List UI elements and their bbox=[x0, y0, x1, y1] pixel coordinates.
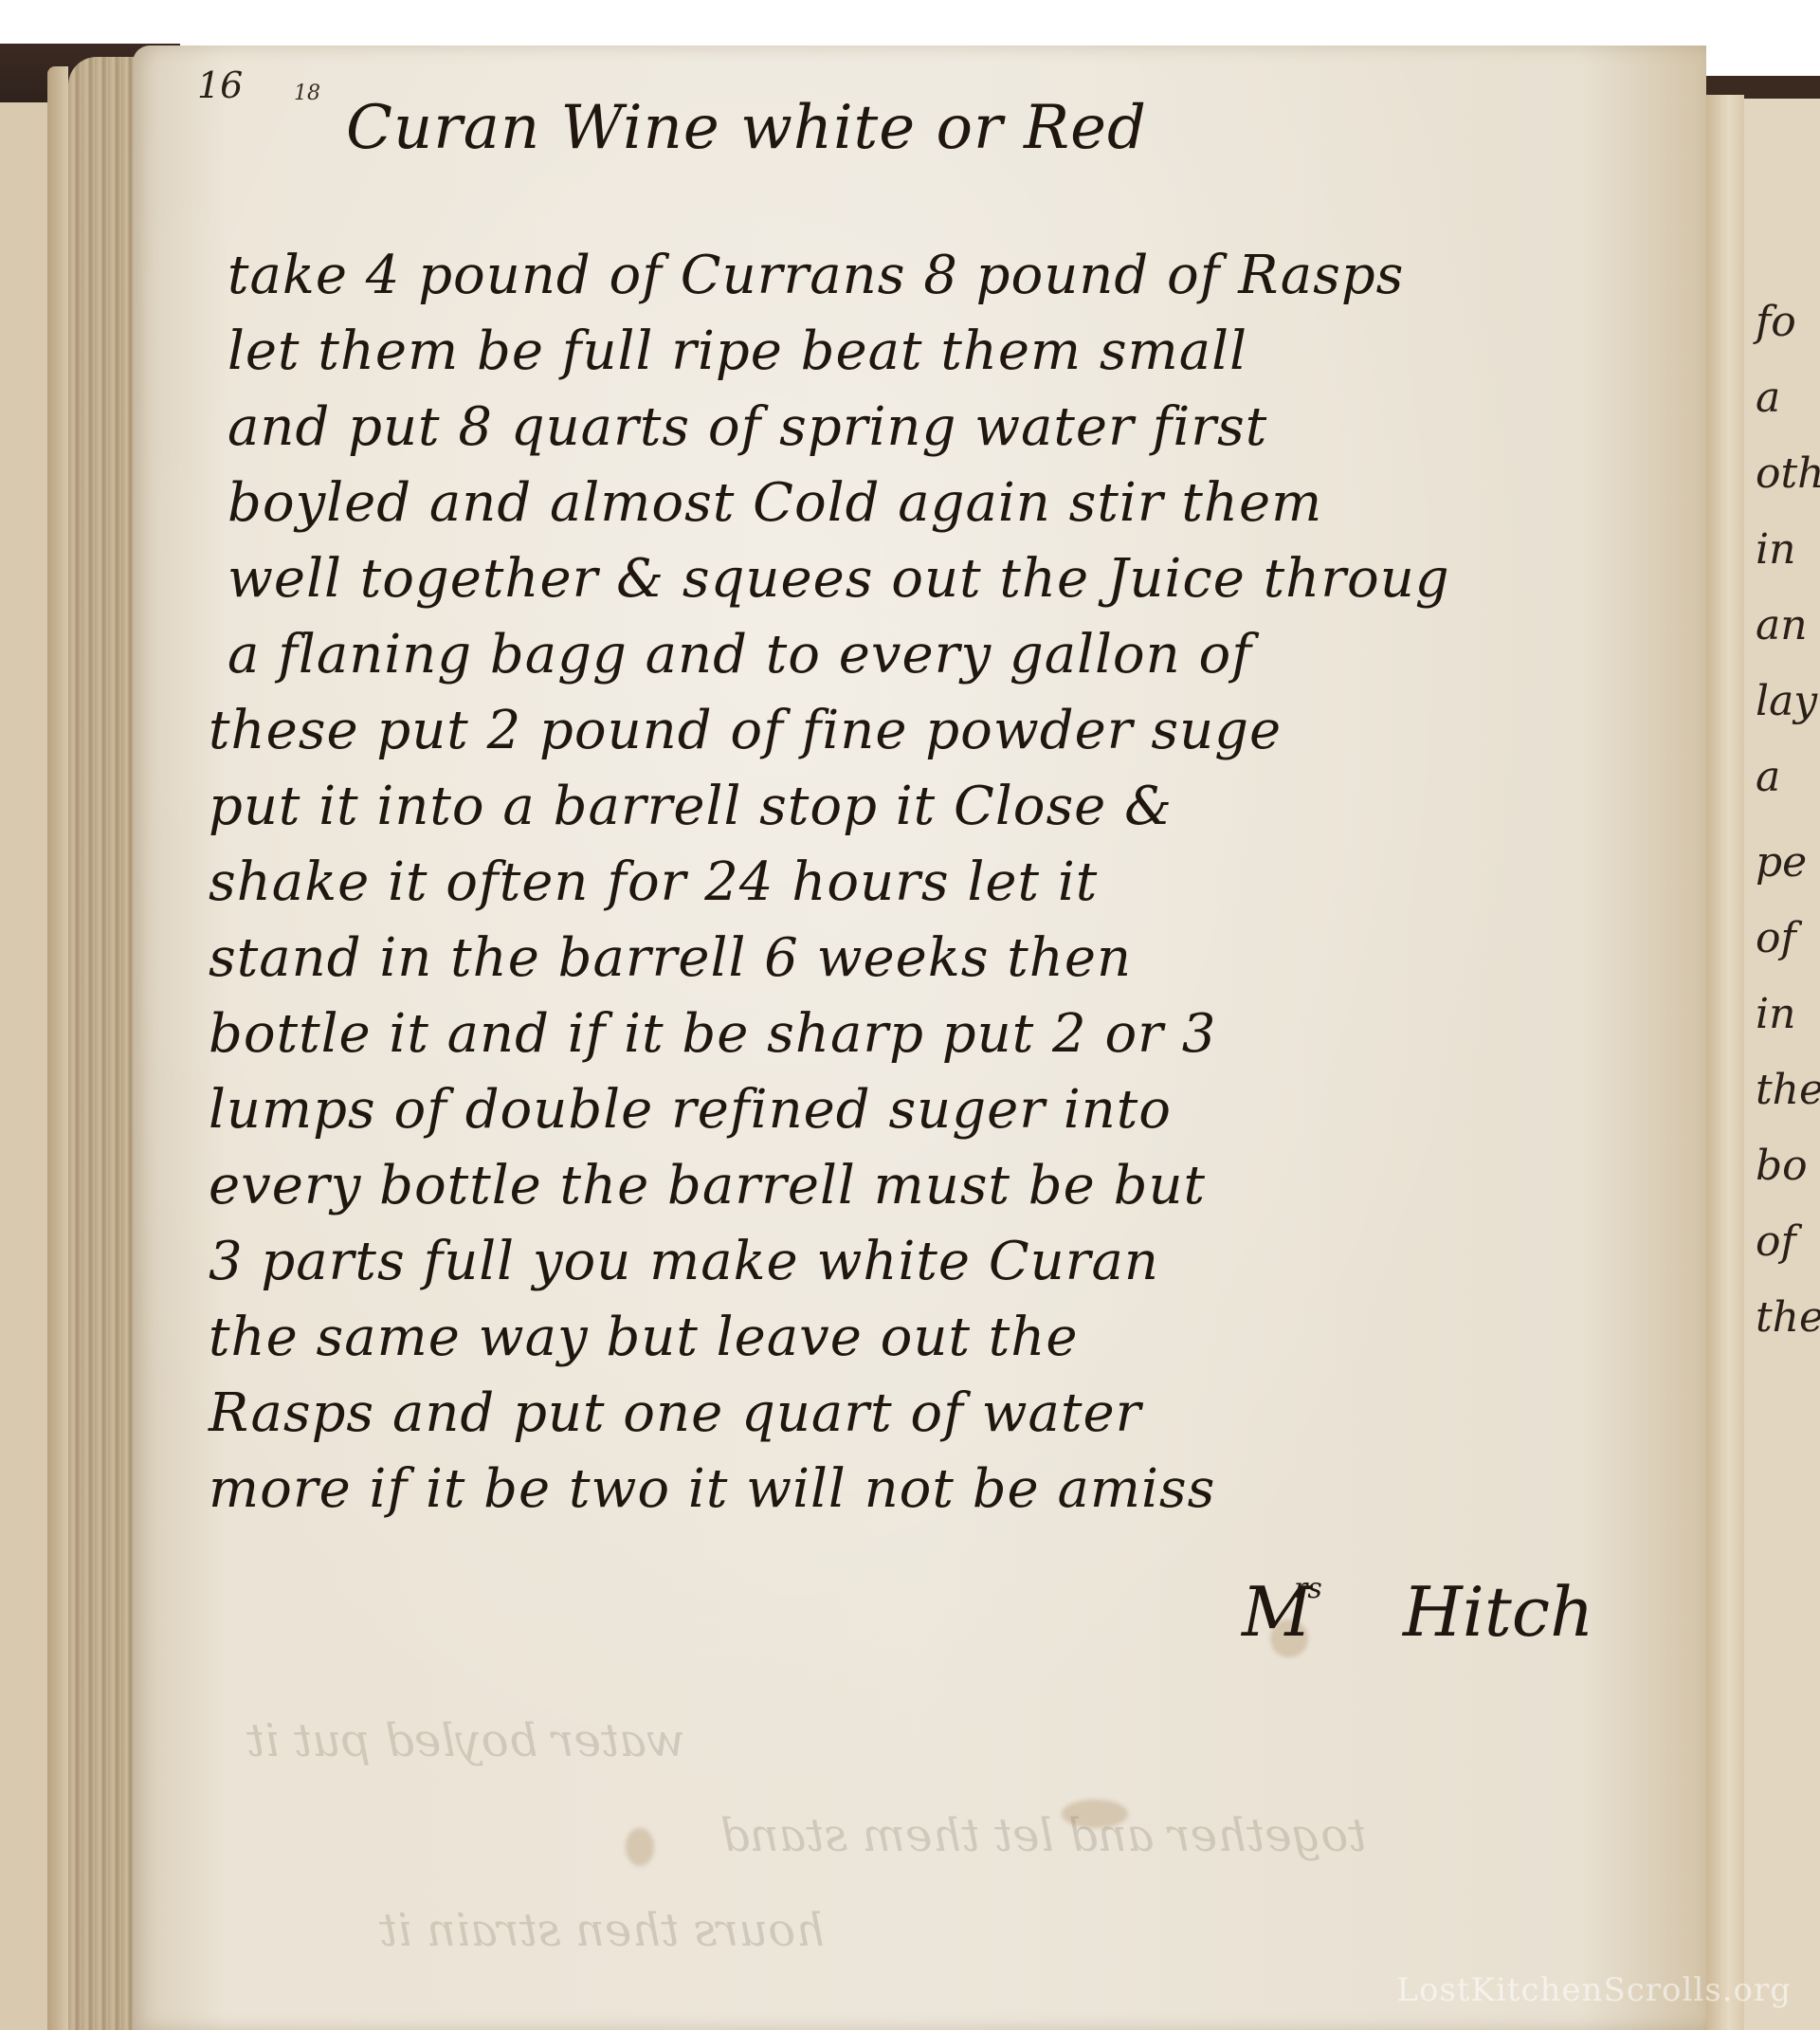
body-line: well together & squees out the Juice thr… bbox=[227, 548, 1450, 610]
facing-page-fragment: a bbox=[1756, 753, 1780, 801]
body-line: more if it be two it will not be amiss bbox=[209, 1458, 1215, 1520]
facing-page-fragment: of bbox=[1756, 1217, 1796, 1266]
facing-page-fragment: in bbox=[1756, 990, 1795, 1038]
body-line: and put 8 quarts of spring water first bbox=[227, 396, 1267, 458]
left-flyleaf bbox=[0, 102, 47, 2030]
body-line: a flaning bagg and to every gallon of bbox=[227, 624, 1252, 686]
body-line: boyled and almost Cold again stir them bbox=[227, 472, 1322, 534]
body-line: put it into a barrell stop it Close & bbox=[209, 776, 1173, 837]
body-line: bottle it and if it be sharp put 2 or 3 bbox=[209, 1003, 1216, 1065]
body-line: shake it often for 24 hours let it bbox=[209, 851, 1098, 913]
facing-page-fragment: a bbox=[1756, 374, 1780, 422]
body-line: these put 2 pound of fine powder suge bbox=[209, 700, 1282, 761]
book-gutter bbox=[1706, 95, 1744, 2030]
body-line: lumps of double refined suger into bbox=[209, 1079, 1172, 1141]
facing-page-fragment: fo bbox=[1756, 298, 1796, 346]
body-line: 3 parts full you make white Curan bbox=[209, 1231, 1159, 1292]
facing-page-fragment: oth bbox=[1756, 449, 1820, 498]
facing-page-fragment: in bbox=[1756, 525, 1795, 574]
secondary-folio-number: 18 bbox=[294, 82, 320, 105]
body-line: let them be full ripe beat them small bbox=[227, 320, 1247, 382]
show-through-text: water boyled put it bbox=[246, 1714, 685, 1767]
body-line: stand in the barrell 6 weeks then bbox=[209, 927, 1132, 989]
left-flyleaf-edge bbox=[47, 66, 68, 2030]
recipe-title: Curan Wine white or Red bbox=[346, 93, 1147, 163]
folio-number: 16 bbox=[197, 64, 243, 106]
manuscript-page: water boyled put it together and let the… bbox=[133, 46, 1706, 2030]
facing-page-fragment: pe bbox=[1756, 838, 1807, 887]
show-through-text: together and let them stand bbox=[720, 1809, 1367, 1862]
facing-page-fragment: an bbox=[1756, 601, 1808, 649]
signature-name: Hitch bbox=[1403, 1572, 1593, 1652]
facing-page-fragment: lay bbox=[1756, 677, 1817, 725]
show-through-text: hours then strain it bbox=[379, 1904, 825, 1957]
facing-page: fo a oth in an lay a pe of in the bo of … bbox=[1744, 99, 1820, 2030]
signature-superscript: rs bbox=[1294, 1572, 1322, 1605]
ink-stain bbox=[1062, 1800, 1128, 1828]
manuscript-photo: water boyled put it together and let the… bbox=[0, 0, 1820, 2030]
body-line: Rasps and put one quart of water bbox=[209, 1382, 1141, 1444]
body-line: the same way but leave out the bbox=[209, 1307, 1078, 1368]
site-watermark: LostKitchenScrolls.org bbox=[1396, 1971, 1792, 2009]
body-line: every bottle the barrell must be but bbox=[209, 1155, 1206, 1216]
facing-page-fragment: the bbox=[1756, 1066, 1820, 1114]
ink-stain bbox=[626, 1828, 654, 1866]
body-line: take 4 pound of Currans 8 pound of Rasps bbox=[227, 245, 1404, 306]
facing-page-fragment: the bbox=[1756, 1293, 1820, 1342]
facing-page-fragment: bo bbox=[1756, 1142, 1808, 1190]
facing-page-fragment: of bbox=[1756, 914, 1796, 962]
